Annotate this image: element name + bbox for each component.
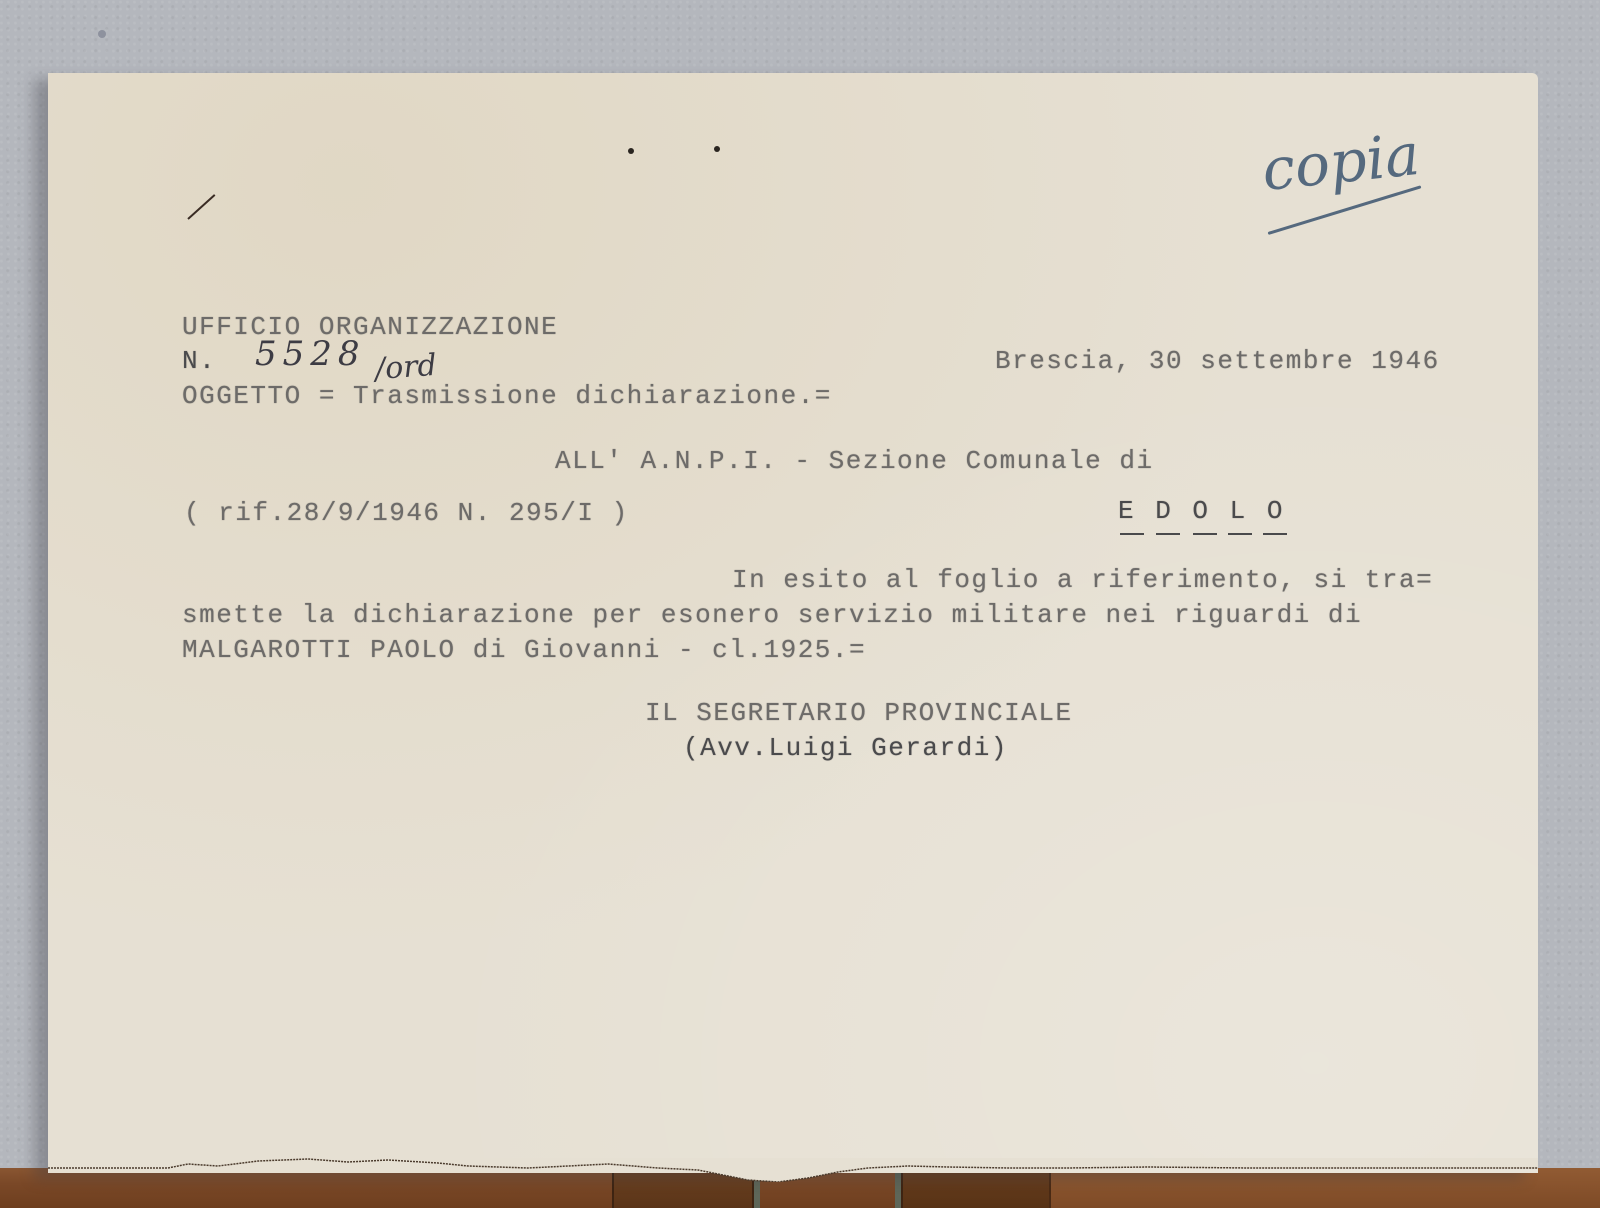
underline-mark [1263, 533, 1287, 535]
underline-mark [1156, 533, 1180, 535]
subject-line: OGGETTO = Trasmissione dichiarazione.= [182, 381, 832, 411]
protocol-number: 5528 [255, 334, 366, 374]
office-header: UFFICIO ORGANIZZAZIONE [182, 312, 558, 342]
underline-mark [1120, 533, 1144, 535]
punch-hole [714, 146, 720, 152]
recipient-town: E D O L O [1118, 496, 1285, 526]
backdrop-speck [98, 30, 106, 38]
body-line-1: In esito al foglio a riferimento, si tra… [732, 565, 1433, 595]
underline-mark [1193, 533, 1217, 535]
place-date: Brescia, 30 settembre 1946 [995, 346, 1440, 376]
signature-name: (Avv.Luigi Gerardi) [683, 733, 1008, 763]
punch-hole [628, 148, 634, 154]
reference-line: ( rif.28/9/1946 N. 295/I ) [184, 498, 629, 528]
torn-bottom-edge [48, 1158, 1538, 1182]
underline-mark [1228, 533, 1252, 535]
signature-title: IL SEGRETARIO PROVINCIALE [645, 698, 1073, 728]
body-line-3: MALGAROTTI PAOLO di Giovanni - cl.1925.= [182, 635, 866, 665]
body-line-2: smette la dichiarazione per esonero serv… [182, 600, 1362, 630]
protocol-prefix: N. [182, 346, 216, 376]
recipient-line: ALL' A.N.P.I. - Sezione Comunale di [555, 446, 1154, 476]
